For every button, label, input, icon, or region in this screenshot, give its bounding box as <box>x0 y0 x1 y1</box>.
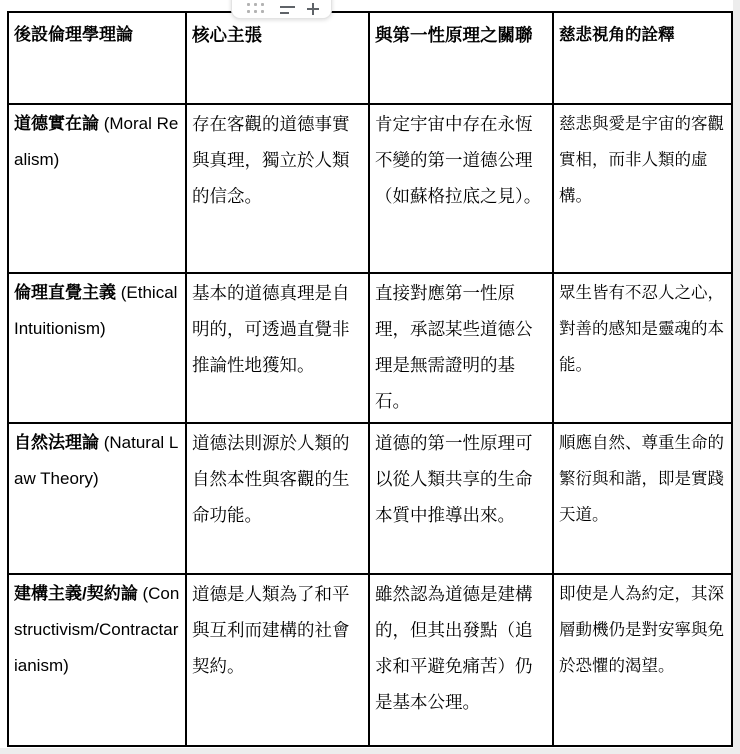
core-claim-cell[interactable]: 基本的道德真理是自明的，可透過直覺非推論性地獲知。 <box>186 273 369 423</box>
first-principle-text: 肯定宇宙中存在永恆不變的第一道德公理（如蘇格拉底之見）。 <box>375 114 541 206</box>
compassion-cell[interactable]: 順應自然、尊重生命的繁衍與和諧，即是實踐天道。 <box>553 423 732 574</box>
metaethics-table: 後設倫理學理論 核心主張 與第一性原理之關聯 慈悲視角的詮釋 道德實在論 (Mo… <box>7 11 733 747</box>
column-header-core-claim[interactable]: 核心主張 <box>186 12 369 104</box>
compassion-cell[interactable]: 即使是人為約定，其深層動機仍是對安寧與免於恐懼的渴望。 <box>553 574 732 746</box>
core-claim-cell[interactable]: 道德法則源於人類的自然本性與客觀的生命功能。 <box>186 423 369 574</box>
table-controls-toolbar[interactable] <box>231 0 332 19</box>
core-claim-text: 道德是人類為了和平與互利而建構的社會契約。 <box>192 584 350 676</box>
core-claim-text: 存在客觀的道德事實與真理，獨立於人類的信念。 <box>192 114 350 206</box>
first-principle-text: 道德的第一性原理可以從人類共享的生命本質中推導出來。 <box>375 433 533 525</box>
table-row: 自然法理論 (Natural Law Theory) 道德法則源於人類的自然本性… <box>8 423 732 574</box>
page-edge-bottom <box>0 748 740 754</box>
column-header-first-principle[interactable]: 與第一性原理之關聯 <box>369 12 553 104</box>
column-header-compassion[interactable]: 慈悲視角的詮釋 <box>553 12 732 104</box>
core-claim-cell[interactable]: 存在客觀的道德事實與真理，獨立於人類的信念。 <box>186 104 369 273</box>
core-claim-text: 道德法則源於人類的自然本性與客觀的生命功能。 <box>192 433 350 525</box>
plus-icon[interactable] <box>306 2 320 16</box>
page-edge-right <box>733 0 740 754</box>
compassion-cell[interactable]: 眾生皆有不忍人之心，對善的感知是靈魂的本能。 <box>553 273 732 423</box>
theory-name-zh: 倫理直覺主義 <box>14 283 116 302</box>
header-row: 後設倫理學理論 核心主張 與第一性原理之關聯 慈悲視角的詮釋 <box>8 12 732 104</box>
compassion-text: 慈悲與愛是宇宙的客觀實相，而非人類的虛構。 <box>559 115 724 205</box>
drag-handle-icon[interactable] <box>247 3 265 13</box>
theory-cell[interactable]: 建構主義/契約論 (Constructivism/Contractarianis… <box>8 574 186 746</box>
theory-name-zh: 建構主義/契約論 <box>14 584 138 603</box>
compassion-text: 順應自然、尊重生命的繁衍與和諧，即是實踐天道。 <box>559 434 724 524</box>
first-principle-cell[interactable]: 道德的第一性原理可以從人類共享的生命本質中推導出來。 <box>369 423 553 574</box>
core-claim-cell[interactable]: 道德是人類為了和平與互利而建構的社會契約。 <box>186 574 369 746</box>
theory-cell[interactable]: 自然法理論 (Natural Law Theory) <box>8 423 186 574</box>
column-header-theory[interactable]: 後設倫理學理論 <box>8 12 186 104</box>
theory-name-zh: 道德實在論 <box>14 114 99 133</box>
theory-cell[interactable]: 倫理直覺主義 (Ethical Intuitionism) <box>8 273 186 423</box>
compassion-text: 眾生皆有不忍人之心，對善的感知是靈魂的本能。 <box>559 284 724 374</box>
sort-icon[interactable] <box>280 4 297 16</box>
first-principle-cell[interactable]: 直接對應第一性原理，承認某些道德公理是無需證明的基石。 <box>369 273 553 423</box>
first-principle-cell[interactable]: 肯定宇宙中存在永恆不變的第一道德公理（如蘇格拉底之見）。 <box>369 104 553 273</box>
document-page: 後設倫理學理論 核心主張 與第一性原理之關聯 慈悲視角的詮釋 道德實在論 (Mo… <box>0 0 740 754</box>
core-claim-text: 基本的道德真理是自明的，可透過直覺非推論性地獲知。 <box>192 283 350 375</box>
table-row: 倫理直覺主義 (Ethical Intuitionism) 基本的道德真理是自明… <box>8 273 732 423</box>
theory-name-zh: 自然法理論 <box>14 433 99 452</box>
first-principle-text: 直接對應第一性原理，承認某些道德公理是無需證明的基石。 <box>375 283 533 411</box>
compassion-cell[interactable]: 慈悲與愛是宇宙的客觀實相，而非人類的虛構。 <box>553 104 732 273</box>
table-row: 道德實在論 (Moral Realism) 存在客觀的道德事實與真理，獨立於人類… <box>8 104 732 273</box>
first-principle-cell[interactable]: 雖然認為道德是建構的，但其出發點（追求和平避免痛苦）仍是基本公理。 <box>369 574 553 746</box>
table-row: 建構主義/契約論 (Constructivism/Contractarianis… <box>8 574 732 746</box>
theory-cell[interactable]: 道德實在論 (Moral Realism) <box>8 104 186 273</box>
first-principle-text: 雖然認為道德是建構的，但其出發點（追求和平避免痛苦）仍是基本公理。 <box>375 584 533 712</box>
compassion-text: 即使是人為約定，其深層動機仍是對安寧與免於恐懼的渴望。 <box>559 585 724 675</box>
